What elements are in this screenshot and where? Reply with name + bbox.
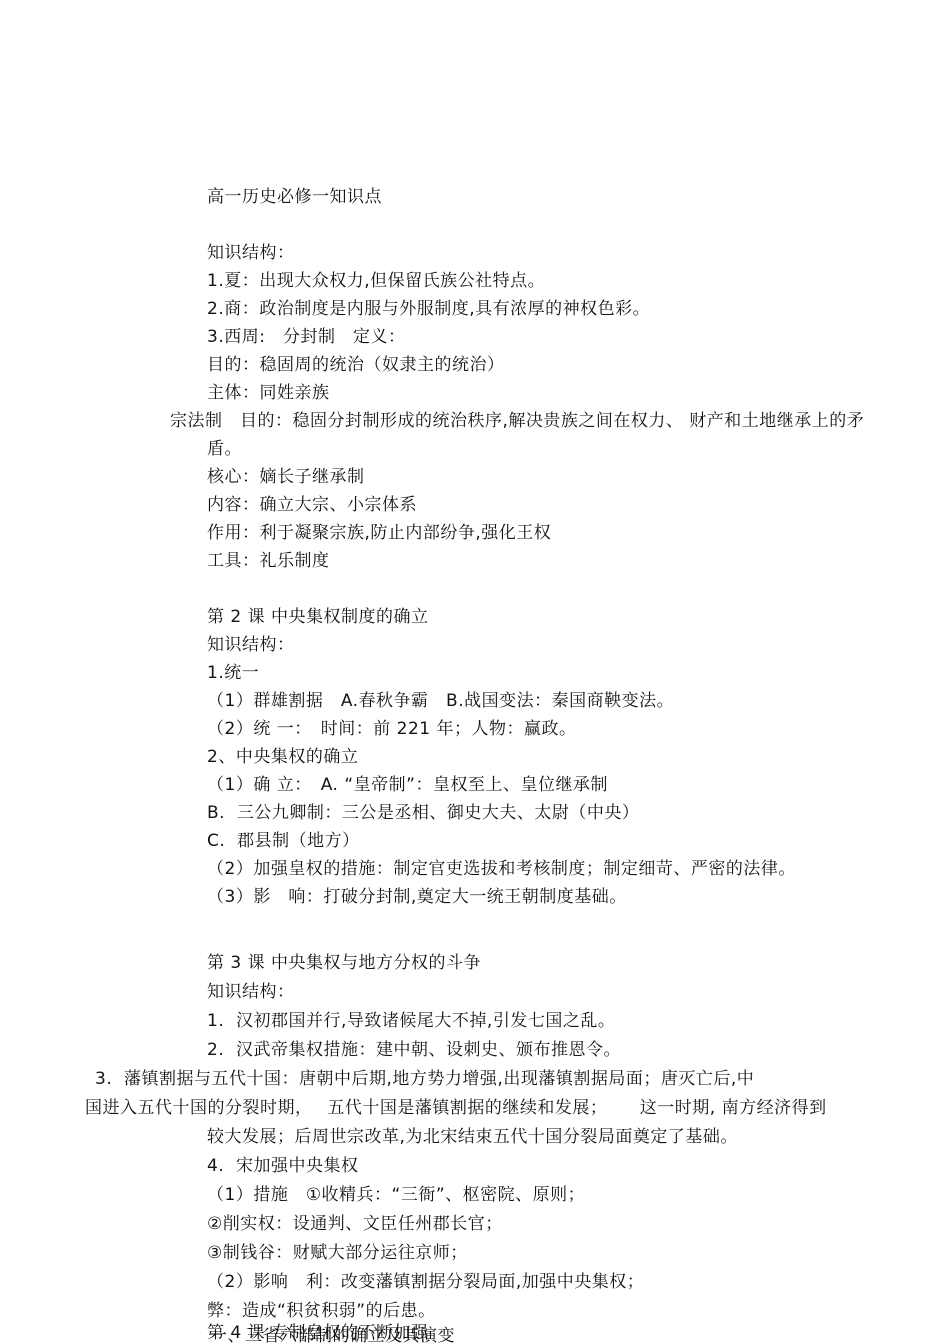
doc-line: 核心：嫡长子继承制: [0, 463, 950, 491]
doc-line: 3.西周: 分封制 定义：: [0, 323, 950, 351]
doc-line: 1.夏：出现大众权力,但保留氏族公社特点。: [0, 267, 950, 295]
doc-line: 宗法制 目的：稳固分封制形成的统治秩序,解决贵族之间在权力、 财产和土地继承上的…: [0, 407, 950, 435]
doc-line: C. 郡县制（地方）: [0, 827, 950, 855]
overlap-line-subtopic: 一、三省六部制的确立及其演变: [210, 1321, 455, 1344]
doc-line: （1）确 立： A. “皇帝制”：皇权至上、皇位继承制: [0, 771, 950, 799]
doc-line: （2）影响 利：改变藩镇割据分裂局面,加强中央集权；: [0, 1268, 950, 1297]
document-body: 高一历史必修一知识点 知识结构： 1.夏：出现大众权力,但保留氏族公社特点。 2…: [0, 183, 950, 1326]
doc-line: 作用：利于凝聚宗族,防止内部纷争,强化王权: [0, 519, 950, 547]
doc-line: 主体：同姓亲族: [0, 379, 950, 407]
section-3: 第 3 课 中央集权与地方分权的斗争 知识结构： 1. 汉初郡国并行,导致诸候尾…: [0, 949, 950, 1326]
section-3-heading: 第 3 课 中央集权与地方分权的斗争: [0, 949, 950, 978]
doc-line: 1.统一: [0, 659, 950, 687]
doc-line: ③制钱谷：财赋大部分运往京师；: [0, 1239, 950, 1268]
doc-line: 工具：礼乐制度: [0, 547, 950, 575]
doc-line: （1）群雄割据 A.春秋争霸 B.战国变法：秦国商鞅变法。: [0, 687, 950, 715]
doc-line: 知识结构：: [0, 239, 950, 267]
doc-line: B. 三公九卿制：三公是丞相、御史大夫、太尉（中央）: [0, 799, 950, 827]
doc-line: 内容：确立大宗、小宗体系: [0, 491, 950, 519]
doc-line: 目的：稳固周的统治（奴隶主的统治）: [0, 351, 950, 379]
doc-line: 4. 宋加强中央集权: [0, 1152, 950, 1181]
doc-line: 2. 汉武帝集权措施：建中朝、设刺史、颁布推恩令。: [0, 1036, 950, 1065]
doc-title: 高一历史必修一知识点: [0, 183, 950, 211]
doc-line: （3）影 响：打破分封制,奠定大一统王朝制度基础。: [0, 883, 950, 911]
blank-line: [0, 575, 950, 603]
doc-line: 知识结构：: [0, 631, 950, 659]
doc-line: 盾。: [0, 435, 950, 463]
doc-line: 弊：造成“积贫积弱”的后患。: [0, 1297, 950, 1326]
doc-line: 2.商：政治制度是内服与外服制度,具有浓厚的神权色彩。: [0, 295, 950, 323]
blank-line: [0, 911, 950, 939]
doc-line: 较大发展；后周世宗改革,为北宋结束五代十国分裂局面奠定了基础。: [0, 1123, 950, 1152]
doc-line: （2）加强皇权的措施：制定官吏选拔和考核制度；制定细苛、严密的法律。: [0, 855, 950, 883]
doc-line: （2）统 一： 时间：前 221 年；人物：赢政。: [0, 715, 950, 743]
doc-line: 国进入五代十国的分裂时期， 五代十国是藩镇割据的继续和发展； 这一时期, 南方经…: [0, 1094, 950, 1123]
doc-line: 2、中央集权的确立: [0, 743, 950, 771]
doc-line: （1）措施 ①收精兵：“三衙”、枢密院、原则；: [0, 1181, 950, 1210]
doc-line: 3. 藩镇割据与五代十国：唐朝中后期,地方势力增强,出现藩镇割据局面；唐灭亡后,…: [0, 1065, 950, 1094]
doc-line: 1. 汉初郡国并行,导致诸候尾大不掉,引发七国之乱。: [0, 1007, 950, 1036]
doc-line: 知识结构：: [0, 978, 950, 1007]
blank-line: [0, 211, 950, 239]
doc-line: ②削实权：设通判、文臣任州郡长官；: [0, 1210, 950, 1239]
document-page: 高一历史必修一知识点 知识结构： 1.夏：出现大众权力,但保留氏族公社特点。 2…: [0, 0, 950, 1344]
section-2-heading: 第 2 课 中央集权制度的确立: [0, 603, 950, 631]
spacer: [0, 939, 950, 949]
